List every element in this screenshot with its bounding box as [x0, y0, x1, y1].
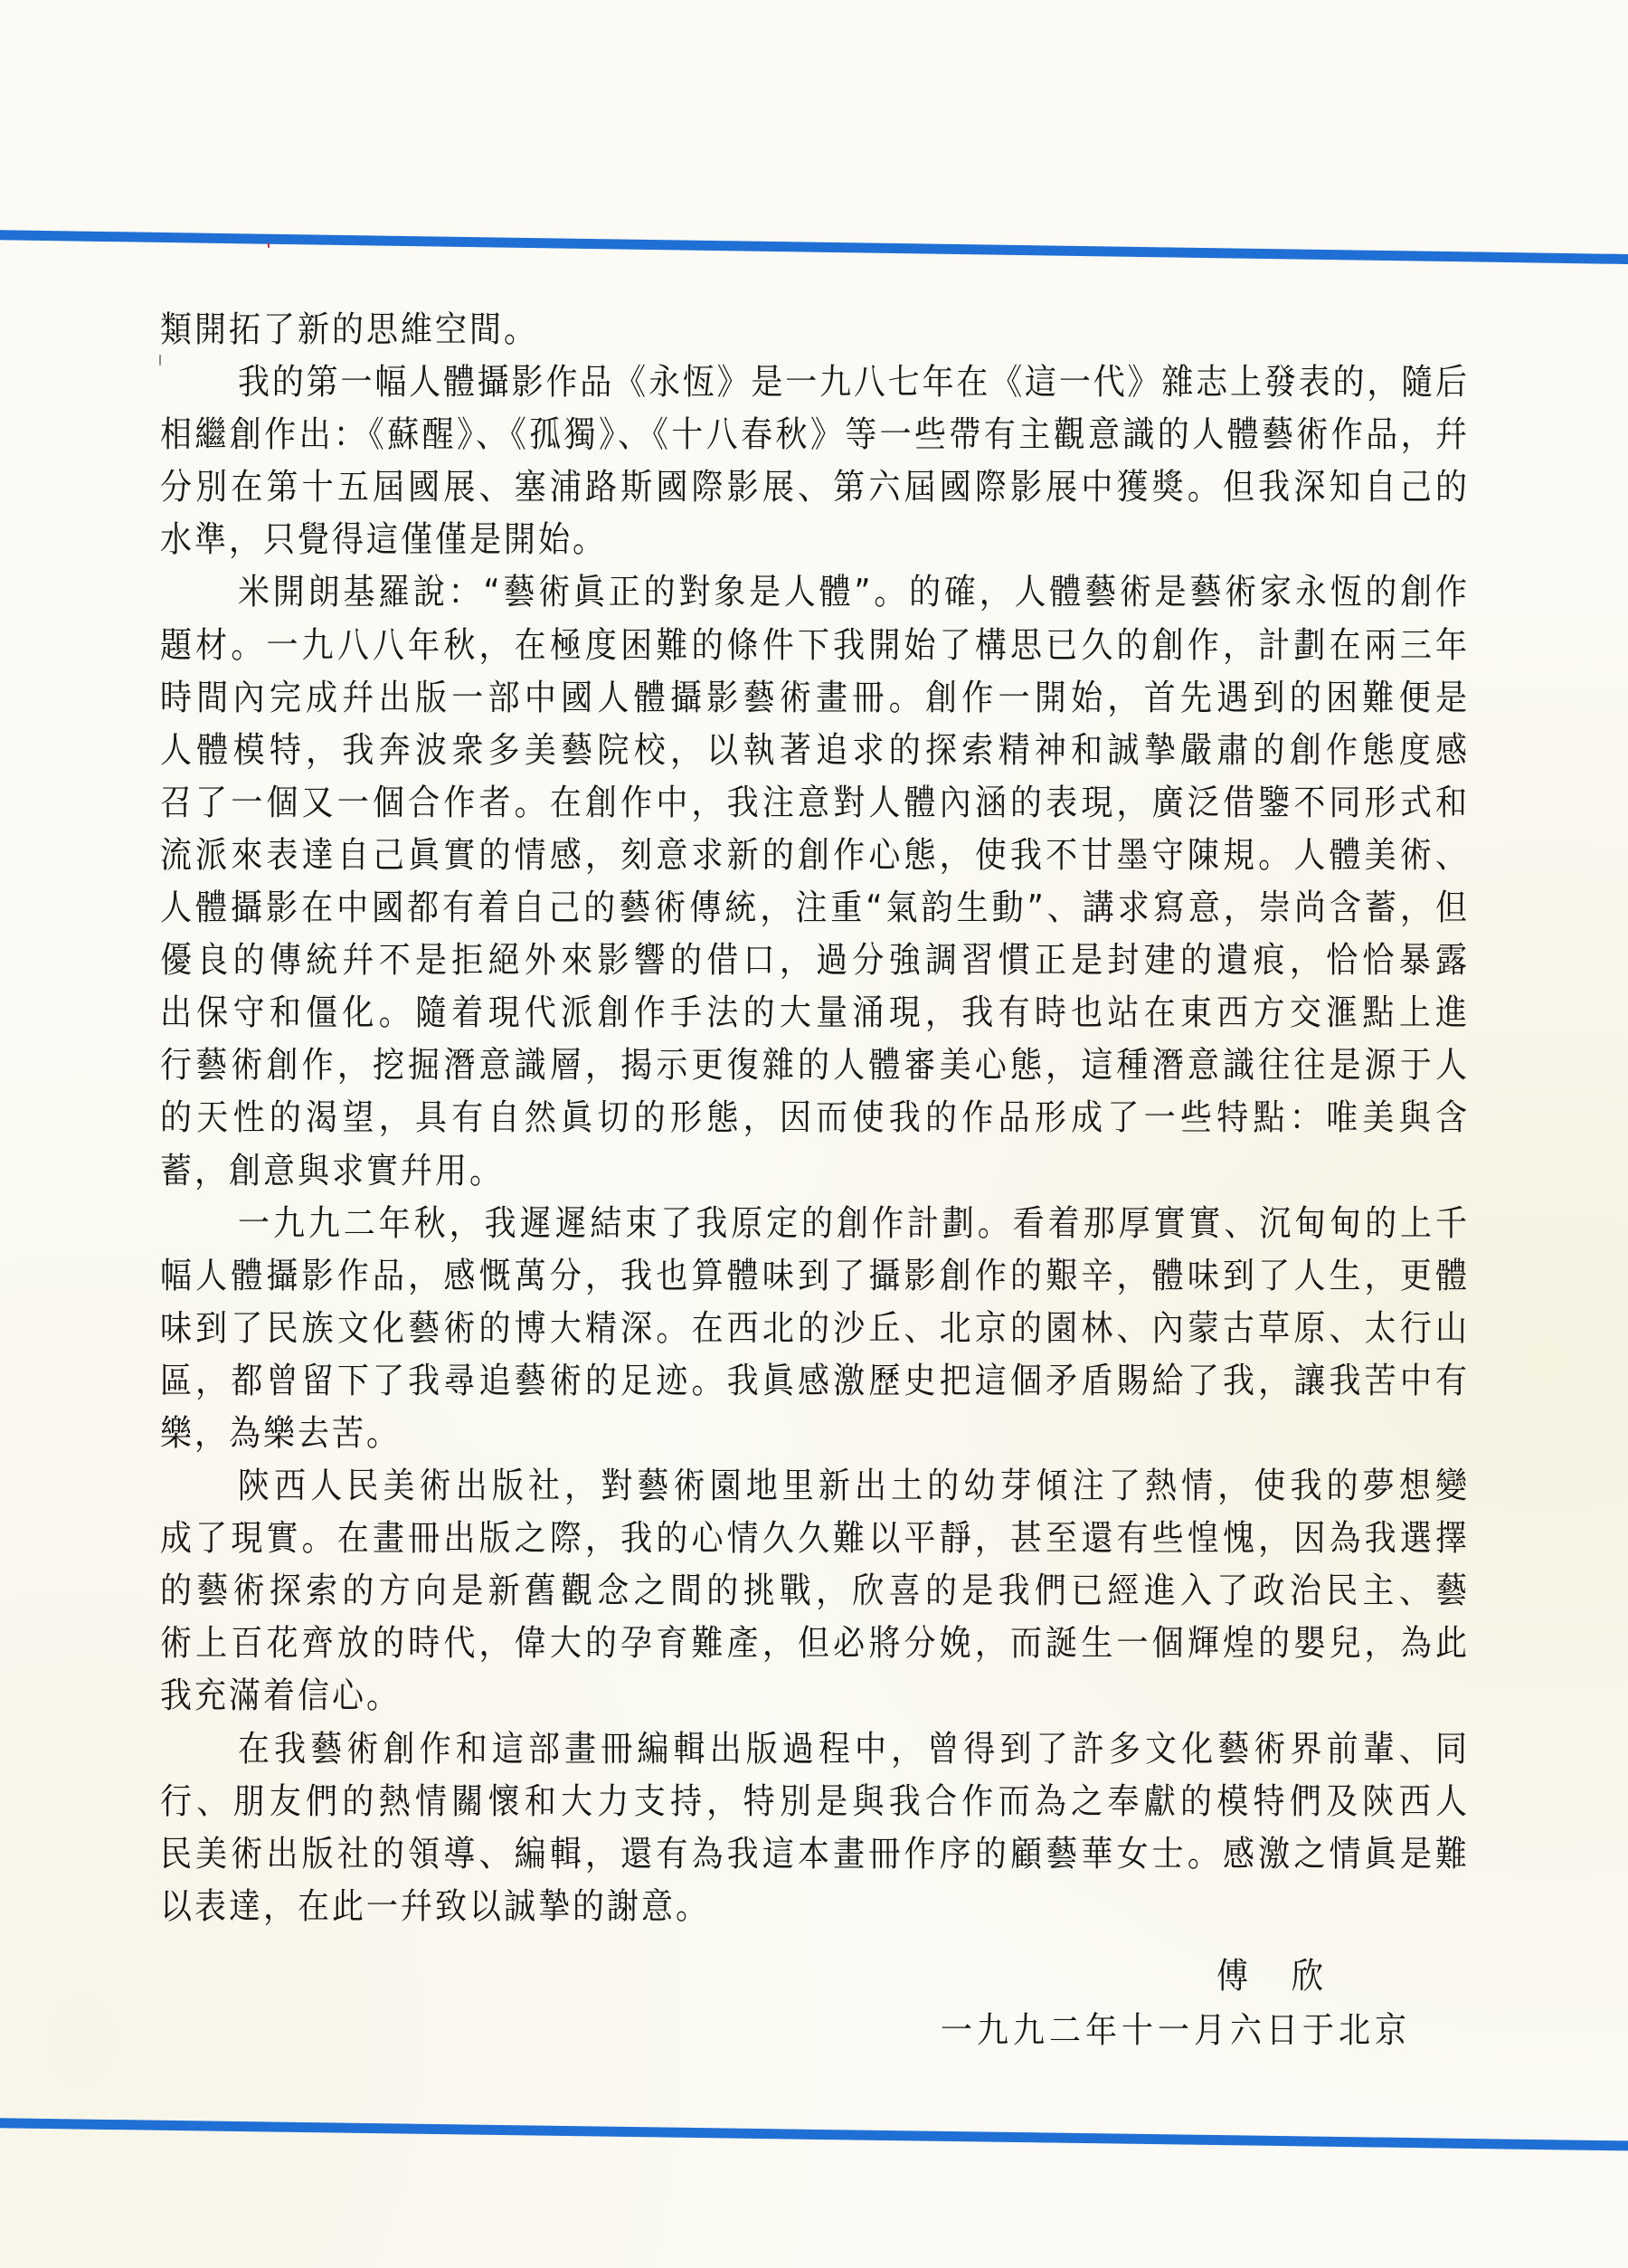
text-line: 優良的傳統幷不是拒絕外來影響的借口，過分強調習慣正是封建的遺痕，恰恰暴露 [160, 932, 1467, 991]
text-line: 的天性的渴望，具有自然眞切的形態，因而使我的作品形成了一些特點：唯美與含 [160, 1089, 1467, 1148]
paragraph: 一九九二年秋，我遲遲結束了我原定的創作計劃。看着那厚實實、沉甸甸的上千幅人體攝影… [160, 1198, 1467, 1460]
text-line: 在我藝術創作和這部畫冊編輯出版過程中，曾得到了許多文化藝術界前輩、同 [160, 1720, 1467, 1779]
text-line: 陝西人民美術出版社，對藝術園地里新出土的幼芽傾注了熱情，使我的夢想變 [160, 1457, 1467, 1516]
text-line: 水準，只覺得這僅僅是開始。 [160, 511, 1467, 570]
text-line: 召了一個又一個合作者。在創作中，我注意對人體內涵的表現，廣泛借鑒不同形式和 [160, 773, 1467, 832]
author-signature: 傅 欣 [1216, 1951, 1323, 2002]
preface-body: 類開拓了新的思維空間。我的第一幅人體攝影作品《永恆》是一九八七年在《這一代》雜志… [160, 304, 1467, 1933]
text-line: 行、朋友們的熱情關懷和大力支持，特別是與我合作而為之奉獻的模特們及陝西人 [160, 1772, 1467, 1831]
paragraph: 陝西人民美術出版社，對藝術園地里新出土的幼芽傾注了熱情，使我的夢想變成了現實。在… [160, 1460, 1467, 1722]
scan-speck [268, 242, 270, 248]
text-line: 流派來表達自己眞實的情感，刻意求新的創作心態，使我不甘墨守陳規。人體美術、 [160, 826, 1467, 885]
text-line: 術上百花齊放的時代，偉大的孕育難產，但必將分娩，而誕生一個輝煌的嬰兒，為此 [160, 1615, 1467, 1674]
text-line: 類開拓了新的思維空間。 [160, 301, 1467, 360]
text-line: 我的第一幅人體攝影作品《永恆》是一九八七年在《這一代》雜志上發表的，隨后 [160, 354, 1467, 413]
text-line: 樂，為樂去苦。 [160, 1404, 1467, 1463]
top-blue-rule [0, 230, 1628, 265]
text-line: 幅人體攝影作品，感慨萬分，我也算體味到了攝影創作的艱辛，體味到了人生，更體 [160, 1247, 1467, 1305]
text-line: 時間內完成幷出版一部中國人體攝影藝術畫冊。創作一開始，首先遇到的困難便是 [160, 669, 1467, 727]
text-line: 的藝術探索的方向是新舊觀念之間的挑戰，欣喜的是我們已經進入了政治民主、藝 [160, 1562, 1467, 1621]
text-line: 出保守和僵化。隨着現代派創作手法的大量涌現，我有時也站在東西方交滙點上進 [160, 984, 1467, 1043]
bottom-blue-rule [0, 2118, 1628, 2151]
paragraph: 在我藝術創作和這部畫冊編輯出版過程中，曾得到了許多文化藝術界前輩、同行、朋友們的… [160, 1723, 1467, 1933]
text-line: 味到了民族文化藝術的博大精深。在西北的沙丘、北京的園林、內蒙古草原、太行山 [160, 1299, 1467, 1358]
text-line: 民美術出版社的領導、編輯，還有為我這本畫冊作序的顧藝華女士。感激之情眞是難 [160, 1825, 1467, 1884]
paragraph: 米開朗基羅說：“藝術眞正的對象是人體”。的確，人體藝術是藝術家永恆的創作題材。一… [160, 566, 1467, 1197]
signature-date-place: 一九九二年十一月六日于北京 [941, 2006, 1406, 2056]
paragraph: 類開拓了新的思維空間。 [160, 304, 1467, 356]
text-line: 蓄，創意與求實幷用。 [160, 1142, 1467, 1200]
text-line: 一九九二年秋，我遲遲結束了我原定的創作計劃。看着那厚實實、沉甸甸的上千 [160, 1194, 1467, 1253]
text-line: 人體模特，我奔波衆多美藝院校，以執著追求的探索精神和誠摯嚴肅的創作態度感 [160, 721, 1467, 780]
text-line: 分別在第十五屆國展、塞浦路斯國際影展、第六屆國際影展中獲獎。但我深知自己的 [160, 459, 1467, 517]
text-line: 我充滿着信心。 [160, 1667, 1467, 1726]
text-line: 行藝術創作，挖掘潛意識層，揭示更復雜的人體審美心態，這種潛意識往往是源于人 [160, 1037, 1467, 1096]
text-line: 成了現實。在畫冊出版之際，我的心情久久難以平靜，甚至還有些惶愧，因為我選擇 [160, 1510, 1467, 1569]
text-line: 題材。一九八八年秋，在極度困難的條件下我開始了構思已久的創作，計劃在兩三年 [160, 616, 1467, 675]
text-line: 米開朗基羅說：“藝術眞正的對象是人體”。的確，人體藝術是藝術家永恆的創作 [160, 564, 1467, 622]
text-line: 相繼創作出：《蘇醒》、《孤獨》、《十八春秋》等一些帶有主觀意識的人體藝術作品，幷 [160, 406, 1467, 465]
text-line: 人體攝影在中國都有着自己的藝術傳統，注重“氣韵生動”、講求寫意，崇尚含蓄，但 [160, 879, 1467, 938]
text-line: 區，都曾留下了我尋追藝術的足迹。我眞感激歷史把這個矛盾賜給了我，讓我苦中有 [160, 1352, 1467, 1410]
paragraph: 我的第一幅人體攝影作品《永恆》是一九八七年在《這一代》雜志上發表的，隨后相繼創作… [160, 356, 1467, 566]
text-line: 以表達，在此一幷致以誠摯的謝意。 [160, 1877, 1467, 1936]
